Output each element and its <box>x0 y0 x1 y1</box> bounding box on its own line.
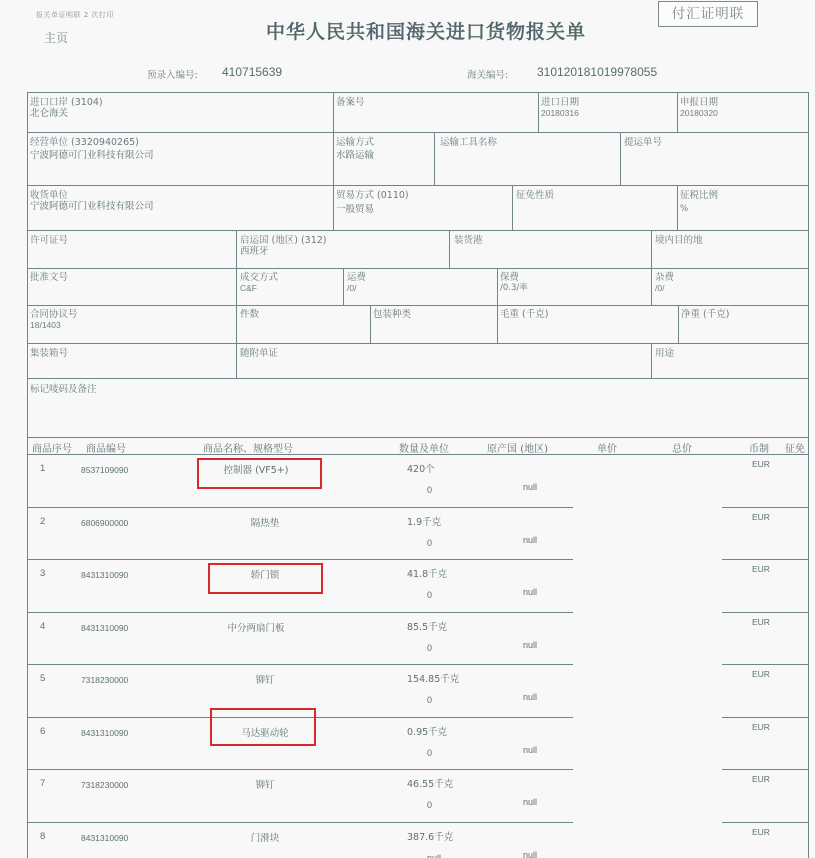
certificate-stamp: 付汇证明联 <box>658 1 758 27</box>
row-code: 7318230000 <box>81 675 128 685</box>
row-code: 7318230000 <box>81 780 128 790</box>
row-name: 隔热垫 <box>235 515 295 529</box>
row-no: 4 <box>40 621 45 632</box>
row-qty-secondary: 0 <box>427 695 432 705</box>
page-title: 中华人民共和国海关进口货物报关单 <box>266 17 586 44</box>
trade-mode-cell: 贸易方式 (0110) 一般贸易 <box>336 190 409 215</box>
contract-cell: 合同协议号 18/1403 <box>30 309 78 331</box>
insurance-value: /0.3/率 <box>500 283 528 294</box>
pre-entry-value: 410715639 <box>222 65 282 79</box>
operator-cell: 经营单位 (3320940265) 宁波阿德可门业科技有限公司 <box>30 137 154 161</box>
import-date-label: 进口日期 <box>541 97 579 108</box>
container-cell: 集装箱号 <box>30 348 68 359</box>
contract-label: 合同协议号 <box>30 309 78 320</box>
vehicle-name-label: 运输工具名称 <box>440 137 497 148</box>
consignee-cell: 收货单位 宁波阿德可门业科技有限公司 <box>30 190 154 212</box>
row-currency: EUR <box>752 512 770 522</box>
row-code: 6806900000 <box>81 518 128 528</box>
tax-rate-cell: 征税比例 % <box>680 190 718 215</box>
row-origin: null <box>523 745 537 755</box>
row-qty-secondary: null <box>427 853 441 858</box>
marks-cell: 标记唛码及备注 <box>30 384 97 395</box>
row-qty: 387.6千克 <box>407 829 453 843</box>
row-origin: null <box>523 640 537 650</box>
row-no: 5 <box>40 673 45 684</box>
pieces-cell: 件数 <box>240 309 259 320</box>
declare-date-value: 20180320 <box>680 108 718 119</box>
bill-no-cell: 提运单号 <box>624 137 662 148</box>
row-origin: null <box>523 482 537 492</box>
declare-date-cell: 申报日期 20180320 <box>680 97 718 119</box>
home-link[interactable]: 主页 <box>44 29 68 46</box>
package-cell: 包装种类 <box>373 309 411 320</box>
usage-cell: 用途 <box>655 348 674 359</box>
row-origin: null <box>523 535 537 545</box>
loading-port-cell: 装货港 <box>454 235 483 246</box>
exemption-label: 征免性质 <box>516 190 554 201</box>
attached-docs-label: 随附单证 <box>240 348 278 359</box>
col-header-currency: 币制 <box>749 440 769 455</box>
highlight-box <box>210 708 316 746</box>
row-origin: null <box>523 587 537 597</box>
misc-fee-value: /0/ <box>655 283 674 294</box>
row-currency: EUR <box>752 564 770 574</box>
row-code: 8431310090 <box>81 570 128 580</box>
pieces-label: 件数 <box>240 309 259 320</box>
row-no: 6 <box>40 726 45 737</box>
row-qty: 46.55千克 <box>407 776 453 790</box>
misc-fee-label: 杂费 <box>655 272 674 283</box>
consignee-value: 宁波阿德可门业科技有限公司 <box>30 201 154 212</box>
approval-cell: 批准文号 <box>30 272 68 283</box>
freight-label: 运费 <box>347 272 366 283</box>
customs-no-value: 310120181019978055 <box>537 65 657 79</box>
usage-label: 用途 <box>655 348 674 359</box>
row-origin: null <box>523 692 537 702</box>
operator-value: 宁波阿德可门业科技有限公司 <box>30 150 154 161</box>
license-label: 许可证号 <box>30 235 68 246</box>
row-qty: 41.8千克 <box>407 566 447 580</box>
origin-country-label: 启运国 (地区) (312) <box>240 235 327 246</box>
row-origin: null <box>523 797 537 807</box>
row-qty-secondary: 0 <box>427 748 432 758</box>
insurance-label: 保费 <box>500 272 519 283</box>
bill-no-label: 提运单号 <box>624 137 662 148</box>
net-weight-cell: 净重 (千克) <box>681 309 729 320</box>
highlight-box <box>197 458 322 489</box>
gross-weight-cell: 毛重 (千克) <box>500 309 548 320</box>
row-no: 8 <box>40 831 45 842</box>
import-date-cell: 进口日期 20180316 <box>541 97 579 119</box>
row-qty: 154.85千克 <box>407 671 459 685</box>
row-qty-secondary: 0 <box>427 643 432 653</box>
import-port-label: 进口口岸 (3104) <box>30 97 103 108</box>
tax-rate-value: % <box>680 204 718 215</box>
row-currency: EUR <box>752 669 770 679</box>
row-qty: 85.5千克 <box>407 619 447 633</box>
row-no: 7 <box>40 778 45 789</box>
pre-entry-label: 预录入编号: <box>147 67 198 81</box>
row-currency: EUR <box>752 617 770 627</box>
row-qty-secondary: 0 <box>427 538 432 548</box>
trade-mode-label: 贸易方式 (0110) <box>336 190 409 201</box>
exemption-cell: 征免性质 <box>516 190 554 201</box>
print-info: 报关单证明联 2 次打印 <box>36 10 114 20</box>
container-label: 集装箱号 <box>30 348 68 359</box>
approval-label: 批准文号 <box>30 272 68 283</box>
contract-value: 18/1403 <box>30 320 78 331</box>
row-qty-secondary: 0 <box>427 485 432 495</box>
row-qty: 1.9千克 <box>407 514 441 528</box>
row-code: 8537109090 <box>81 465 128 475</box>
record-no-cell: 备案号 <box>336 97 365 108</box>
row-name: 门滑块 <box>235 830 295 844</box>
net-weight-label: 净重 (千克) <box>681 309 729 320</box>
destination-label: 境内目的地 <box>655 235 703 246</box>
transport-mode-value: 水路运输 <box>336 150 374 161</box>
freight-cell: 运费 /0/ <box>347 272 366 294</box>
row-qty-secondary: 0 <box>427 590 432 600</box>
row-currency: EUR <box>752 827 770 837</box>
origin-country-value: 西班牙 <box>240 246 327 257</box>
marks-label: 标记唛码及备注 <box>30 384 97 395</box>
import-port-value: 北仑海关 <box>30 108 103 119</box>
transport-mode-label: 运输方式 <box>336 137 374 148</box>
declare-date-label: 申报日期 <box>680 97 718 108</box>
col-header-origin: 原产国 (地区) <box>487 440 548 455</box>
deal-mode-cell: 成交方式 C&F <box>240 272 278 294</box>
row-no: 1 <box>40 463 45 474</box>
freight-value: /0/ <box>347 283 366 294</box>
row-no: 3 <box>40 568 45 579</box>
col-header-unit-price: 单价 <box>597 440 617 455</box>
destination-cell: 境内目的地 <box>655 235 703 246</box>
row-no: 2 <box>40 516 45 527</box>
row-qty: 0.95千克 <box>407 724 447 738</box>
row-currency: EUR <box>752 459 770 469</box>
row-code: 8431310090 <box>81 623 128 633</box>
row-name: 铆钉 <box>235 777 295 791</box>
origin-country-cell: 启运国 (地区) (312) 西班牙 <box>240 235 327 257</box>
highlight-box <box>208 563 323 594</box>
col-header-qty: 数量及单位 <box>399 440 449 455</box>
row-code: 8431310090 <box>81 833 128 843</box>
attached-docs-cell: 随附单证 <box>240 348 278 359</box>
customs-no-label: 海关编号: <box>467 67 508 81</box>
gross-weight-label: 毛重 (千克) <box>500 309 548 320</box>
import-port-cell: 进口口岸 (3104) 北仑海关 <box>30 97 103 119</box>
transport-mode-cell: 运输方式 水路运输 <box>336 137 374 161</box>
row-currency: EUR <box>752 722 770 732</box>
row-name: 中分两扇门板 <box>216 620 296 634</box>
row-qty: 420个 <box>407 461 435 475</box>
row-qty-secondary: 0 <box>427 800 432 810</box>
col-header-exemption: 征免 <box>785 440 805 455</box>
operator-label: 经营单位 (3320940265) <box>30 137 139 148</box>
package-label: 包装种类 <box>373 309 411 320</box>
row-code: 8431310090 <box>81 728 128 738</box>
col-header-no: 商品序号 <box>32 440 72 455</box>
deal-mode-value: C&F <box>240 283 278 294</box>
import-date-value: 20180316 <box>541 108 579 119</box>
consignee-label: 收货单位 <box>30 190 68 201</box>
col-header-code: 商品编号 <box>86 440 126 455</box>
row-currency: EUR <box>752 774 770 784</box>
col-header-total-price: 总价 <box>672 440 692 455</box>
loading-port-label: 装货港 <box>454 235 483 246</box>
misc-fee-cell: 杂费 /0/ <box>655 272 674 294</box>
row-name: 铆钉 <box>235 672 295 686</box>
insurance-cell: 保费 /0.3/率 <box>500 272 528 294</box>
row-origin: null <box>523 850 537 858</box>
col-header-name: 商品名称、规格型号 <box>203 440 293 455</box>
record-no-label: 备案号 <box>336 97 365 108</box>
tax-rate-label: 征税比例 <box>680 190 718 201</box>
trade-mode-value: 一般贸易 <box>336 204 409 215</box>
vehicle-name-cell: 运输工具名称 <box>440 137 497 148</box>
license-cell: 许可证号 <box>30 235 68 246</box>
deal-mode-label: 成交方式 <box>240 272 278 283</box>
